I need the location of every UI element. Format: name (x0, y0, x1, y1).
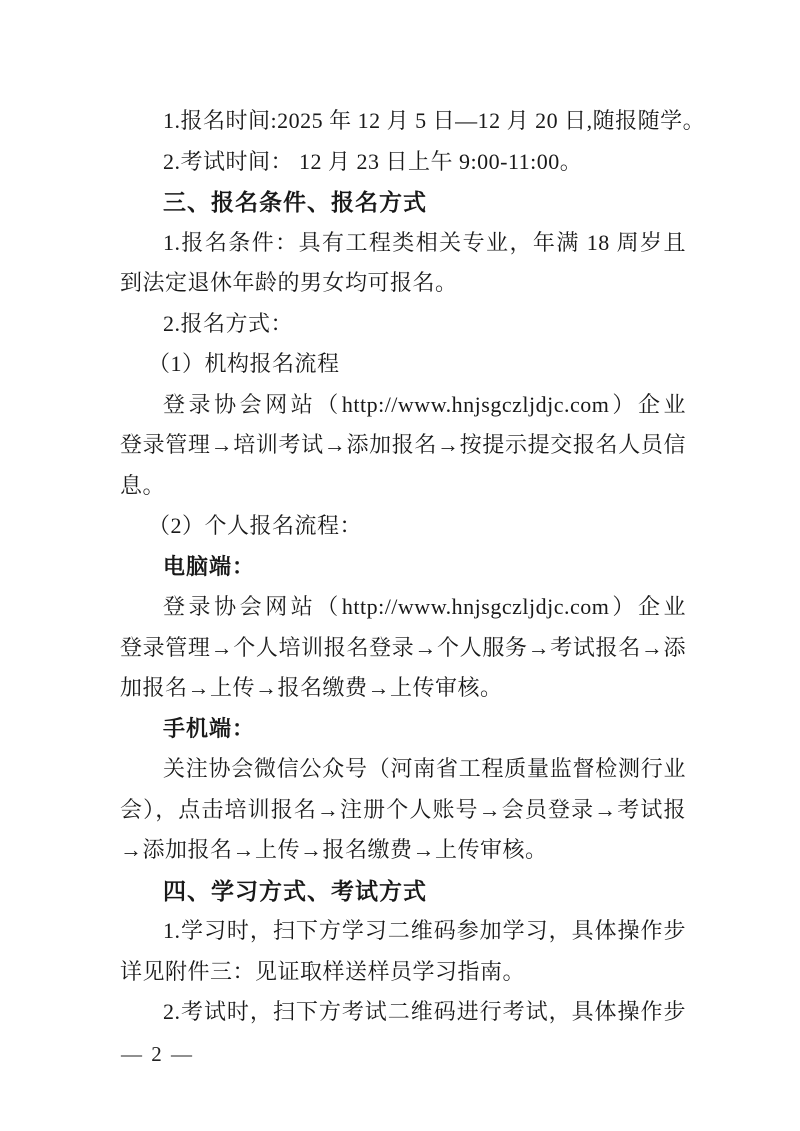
subheading-pc: 电脑端： (120, 547, 686, 588)
section-heading-3: 三、报名条件、报名方式 (120, 182, 686, 223)
paragraph-pc-flow-line-1: 登录协会网站（http://www.hnjsgczljdjc.com）企业 (120, 587, 686, 628)
paragraph-method-label: 2.报名方式： (120, 304, 686, 345)
paragraph-org-flow-line-2: 登录管理→培训考试→添加报名→按提示提交报名人员信 (120, 425, 686, 466)
paragraph-conditions-line-1: 1.报名条件：具有工程类相关专业，年满 18 周岁且未达 (120, 223, 686, 264)
paragraph-mobile-flow-line-2: 会），点击培训报名→注册个人账号→会员登录→考试报名 (120, 790, 686, 831)
paragraph-exam-time: 2.考试时间： 12 月 23 日上午 9:00-11:00。 (120, 142, 686, 183)
paragraph-pc-flow-line-3: 加报名→上传→报名缴费→上传审核。 (120, 668, 686, 709)
subheading-mobile: 手机端： (120, 709, 686, 750)
paragraph-study-line-2: 详见附件三：见证取样送样员学习指南。 (120, 952, 686, 993)
section-heading-4: 四、学习方式、考试方式 (120, 871, 686, 912)
document-page: 1.报名时间:2025 年 12 月 5 日—12 月 20 日,随报随学。 2… (0, 0, 800, 1131)
paragraph-exam-line-1: 2.考试时，扫下方考试二维码进行考试，具体操作步骤 (120, 992, 686, 1033)
paragraph-mobile-flow-line-3: →添加报名→上传→报名缴费→上传审核。 (120, 830, 686, 871)
paragraph-pc-flow-line-2: 登录管理→个人培训报名登录→个人服务→考试报名→添 (120, 628, 686, 669)
paragraph-conditions-line-2: 到法定退休年龄的男女均可报名。 (120, 263, 686, 304)
paragraph-personal-flow-label: （2）个人报名流程： (120, 506, 686, 547)
document-body: 1.报名时间:2025 年 12 月 5 日—12 月 20 日,随报随学。 2… (120, 101, 686, 1033)
paragraph-org-flow-line-1: 登录协会网站（http://www.hnjsgczljdjc.com）企业 (120, 385, 686, 426)
paragraph-mobile-flow-line-1: 关注协会微信公众号（河南省工程质量监督检测行业协 (120, 749, 686, 790)
page-number: — 2 — (121, 1042, 194, 1067)
paragraph-org-flow-line-3: 息。 (120, 466, 686, 507)
paragraph-org-flow-label: （1）机构报名流程 (120, 344, 686, 385)
paragraph-registration-time: 1.报名时间:2025 年 12 月 5 日—12 月 20 日,随报随学。 (120, 101, 686, 142)
paragraph-study-line-1: 1.学习时，扫下方学习二维码参加学习，具体操作步骤 (120, 911, 686, 952)
